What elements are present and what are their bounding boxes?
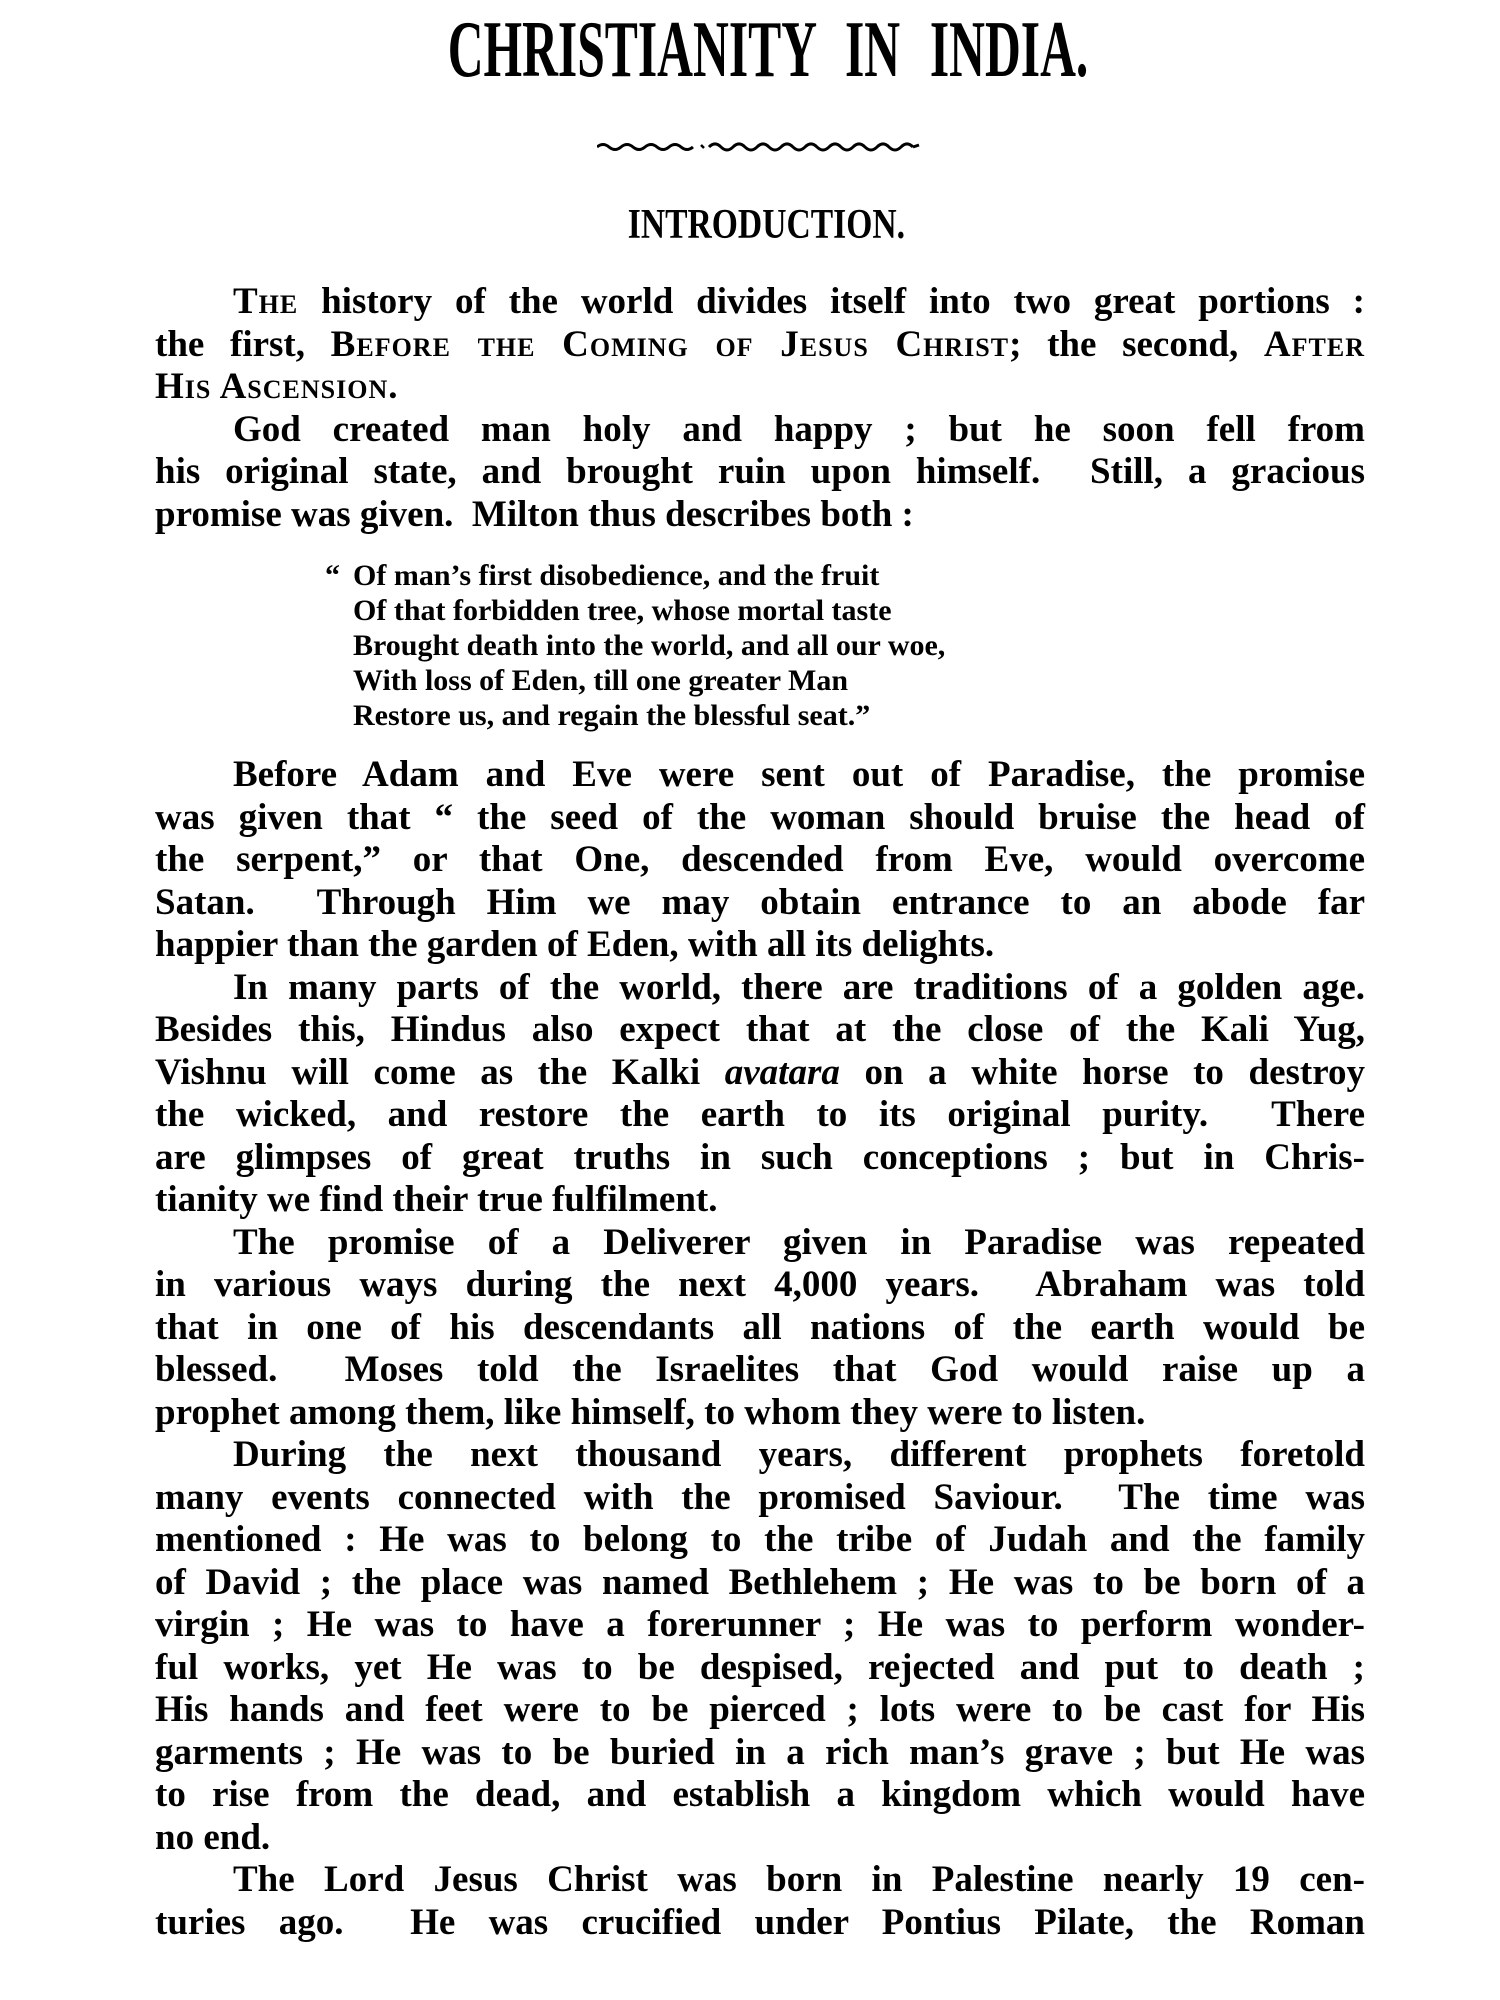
verse-text: With loss of Eden, till one greater Man	[353, 664, 848, 697]
verse-line: Brought death into the world, and all ou…	[353, 629, 945, 663]
text-line: The Lord Jesus Christ was born in Palest…	[233, 1858, 1365, 1902]
text-line: turies ago. He was crucified under Ponti…	[155, 1901, 1365, 1945]
text-run: ; the second,	[1009, 324, 1264, 365]
text-line: Before Adam and Eve were sent out of Par…	[233, 753, 1365, 797]
verse-line: Of that forbidden tree, whose mortal tas…	[353, 594, 892, 628]
text-run: virgin ; He was to have a forerunner ; H…	[155, 1604, 1365, 1645]
text-run: prophet among them, like himself, to who…	[155, 1392, 1145, 1433]
small-caps-phrase: Before the Coming of Jesus Christ	[331, 324, 1009, 365]
text-line: During the next thousand years, differen…	[233, 1433, 1365, 1477]
text-line: Vishnu will come as the Kalki avatara on…	[155, 1051, 1365, 1095]
small-caps-phrase: After	[1264, 324, 1365, 365]
text-run: God created man holy and happy ; but he …	[233, 409, 1365, 450]
text-run: Before Adam and Eve were sent out of Par…	[233, 754, 1365, 795]
text-run: to rise from the dead, and establish a k…	[155, 1774, 1365, 1815]
text-run: his original state, and brought ruin upo…	[155, 451, 1365, 492]
page-title: CHRISTIANITY IN INDIA.	[292, 10, 1244, 90]
text-run: many events connected with the promised …	[155, 1477, 1365, 1518]
text-line: to rise from the dead, and establish a k…	[155, 1773, 1365, 1817]
text-run: His hands and feet were to be pierced ; …	[155, 1689, 1365, 1730]
text-run: of David ; the place was named Bethlehem…	[155, 1562, 1365, 1603]
text-line: The history of the world divides itself …	[233, 280, 1365, 324]
text-run: blessed. Moses told the Israelites that …	[155, 1349, 1365, 1390]
text-run: garments ; He was to be buried in a rich…	[155, 1732, 1365, 1773]
verse-text: Brought death into the world, and all ou…	[353, 629, 945, 662]
text-line: His Ascension.	[155, 365, 1365, 409]
text-run: Vishnu will come as the Kalki	[155, 1052, 725, 1093]
text-run: are glimpses of great truths in such con…	[155, 1137, 1365, 1178]
text-run: The Lord Jesus Christ was born in Palest…	[233, 1859, 1365, 1900]
text-run: in various ways during the next 4,000 ye…	[155, 1264, 1365, 1305]
text-line: God created man holy and happy ; but he …	[233, 408, 1365, 452]
text-line: the first, Before the Coming of Jesus Ch…	[155, 323, 1365, 367]
text-line: happier than the garden of Eden, with al…	[155, 923, 1365, 967]
small-caps-phrase: His Ascension	[155, 366, 388, 407]
text-line: prophet among them, like himself, to who…	[155, 1391, 1365, 1435]
text-run: The promise of a Deliverer given in Para…	[233, 1222, 1365, 1263]
open-quote-mark: “	[325, 559, 340, 593]
text-line: promise was given. Milton thus describes…	[155, 493, 1365, 537]
text-line: many events connected with the promised …	[155, 1476, 1365, 1520]
text-line: virgin ; He was to have a forerunner ; H…	[155, 1603, 1365, 1647]
text-run: mentioned : He was to belong to the trib…	[155, 1519, 1365, 1560]
text-line: the wicked, and restore the earth to its…	[155, 1093, 1365, 1137]
text-run: turies ago. He was crucified under Ponti…	[155, 1902, 1365, 1943]
document-page: CHRISTIANITY IN INDIA. INTRODUCTION. The…	[0, 0, 1500, 2000]
text-line: blessed. Moses told the Israelites that …	[155, 1348, 1365, 1392]
text-run: Besides this, Hindus also expect that at…	[155, 1009, 1365, 1050]
small-caps-phrase: The	[233, 281, 298, 322]
italic-word: avatara	[725, 1052, 840, 1093]
text-line: In many parts of the world, there are tr…	[233, 966, 1365, 1010]
text-line: His hands and feet were to be pierced ; …	[155, 1688, 1365, 1732]
text-run: .	[388, 366, 397, 407]
text-run: During the next thousand years, differen…	[233, 1434, 1365, 1475]
text-run: In many parts of the world, there are tr…	[233, 967, 1365, 1008]
text-run: the wicked, and restore the earth to its…	[155, 1094, 1365, 1135]
text-run: tianity we find their true fulfilment.	[155, 1179, 717, 1220]
wavy-rule-ornament-icon	[597, 139, 921, 155]
verse-text: Restore us, and regain the blessful seat…	[353, 699, 870, 732]
text-line: no end.	[155, 1816, 1365, 1860]
text-line: ful works, yet He was to be despised, re…	[155, 1646, 1365, 1690]
text-line: garments ; He was to be buried in a rich…	[155, 1731, 1365, 1775]
text-run: that in one of his descendants all natio…	[155, 1307, 1365, 1348]
text-run: was given that “ the seed of the woman s…	[155, 797, 1365, 838]
verse-text: Of man’s first disobedience, and the fru…	[353, 559, 879, 592]
text-run: the serpent,” or that One, descended fro…	[155, 839, 1365, 880]
text-run: promise was given. Milton thus describes…	[155, 494, 914, 535]
text-line: The promise of a Deliverer given in Para…	[233, 1221, 1365, 1265]
section-heading: INTRODUCTION.	[153, 203, 1379, 247]
text-line: of David ; the place was named Bethlehem…	[155, 1561, 1365, 1605]
text-run: ful works, yet He was to be despised, re…	[155, 1647, 1365, 1688]
text-line: in various ways during the next 4,000 ye…	[155, 1263, 1365, 1307]
text-run: history of the world divides itself into…	[298, 281, 1365, 322]
text-line: mentioned : He was to belong to the trib…	[155, 1518, 1365, 1562]
text-line: that in one of his descendants all natio…	[155, 1306, 1365, 1350]
text-run: no end.	[155, 1817, 270, 1858]
text-line: are glimpses of great truths in such con…	[155, 1136, 1365, 1180]
text-line: was given that “ the seed of the woman s…	[155, 796, 1365, 840]
text-line: Satan. Through Him we may obtain entranc…	[155, 881, 1365, 925]
text-run: happier than the garden of Eden, with al…	[155, 924, 994, 965]
text-line: the serpent,” or that One, descended fro…	[155, 838, 1365, 882]
text-line: his original state, and brought ruin upo…	[155, 450, 1365, 494]
verse-line: “Of man’s first disobedience, and the fr…	[353, 559, 879, 593]
text-run: Satan. Through Him we may obtain entranc…	[155, 882, 1365, 923]
verse-line: Restore us, and regain the blessful seat…	[353, 699, 870, 733]
text-line: Besides this, Hindus also expect that at…	[155, 1008, 1365, 1052]
text-line: tianity we find their true fulfilment.	[155, 1178, 1365, 1222]
verse-text: Of that forbidden tree, whose mortal tas…	[353, 594, 892, 627]
text-run: the first,	[155, 324, 331, 365]
text-run: on a white horse to destroy	[840, 1052, 1365, 1093]
verse-line: With loss of Eden, till one greater Man	[353, 664, 848, 698]
